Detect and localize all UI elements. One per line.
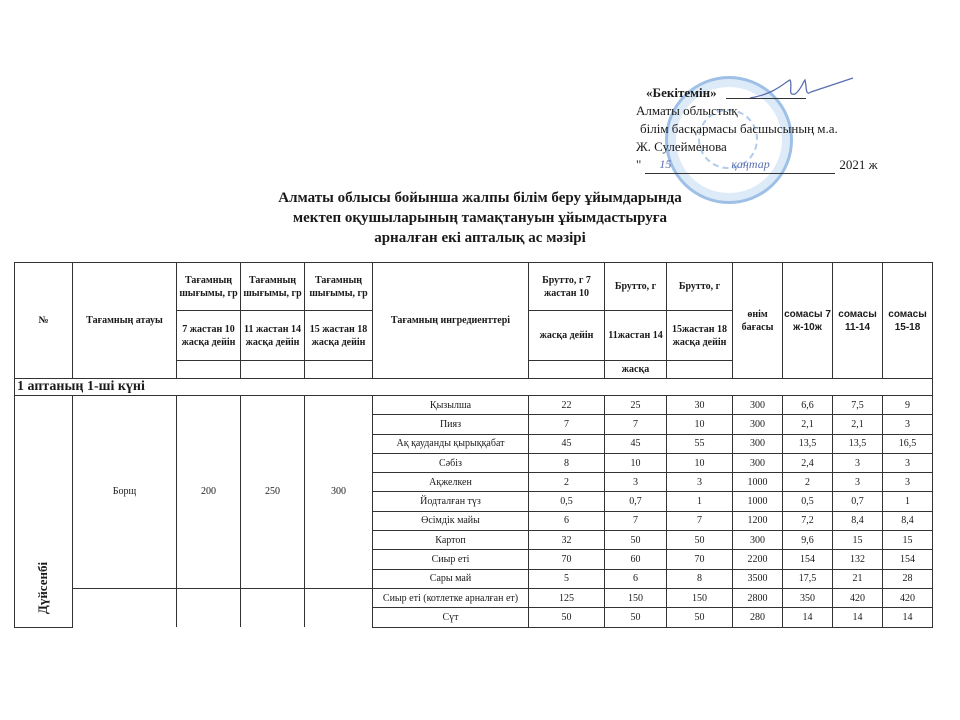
sum-11-14: 14 (833, 608, 883, 627)
header-empty (529, 361, 605, 379)
sum-7-10: 17,5 (783, 569, 833, 588)
gross-11-14: 7 (605, 511, 667, 530)
sum-11-14: 2,1 (833, 415, 883, 434)
sum-15-18: 15 (883, 531, 933, 550)
header-gross-1: Брутто, г 7 жастан 10 (529, 263, 605, 311)
sum-7-10: 154 (783, 550, 833, 569)
header-number: № (15, 263, 73, 379)
header-ingredients: Тағамның ингредиенттері (373, 263, 529, 379)
approval-signatory: Ж. Сулейменова (636, 138, 878, 156)
gross-15-18: 55 (667, 434, 733, 453)
gross-7-10: 7 (529, 415, 605, 434)
sum-15-18: 3 (883, 453, 933, 472)
sum-15-18: 1 (883, 492, 933, 511)
header-yield-2: Тағамның шығымы, гр (241, 263, 305, 311)
gross-11-14: 45 (605, 434, 667, 453)
approval-title: «Бекітемін» (646, 84, 878, 102)
product-price: 1200 (733, 511, 783, 530)
gross-15-18: 150 (667, 588, 733, 607)
sum-11-14: 3 (833, 473, 883, 492)
product-price: 3500 (733, 569, 783, 588)
header-yield-1: Тағамның шығымы, гр (177, 263, 241, 311)
header-gross-3: Брутто, г (667, 263, 733, 311)
product-price: 280 (733, 608, 783, 627)
approval-date: " 15 қаңтар 2021 ж (636, 156, 878, 174)
gross-11-14: 7 (605, 415, 667, 434)
gross-11-14: 6 (605, 569, 667, 588)
sum-15-18: 420 (883, 588, 933, 607)
dish-yield-3-empty (305, 588, 373, 627)
dish-yield-2-empty (241, 588, 305, 627)
sum-7-10: 13,5 (783, 434, 833, 453)
gross-15-18: 8 (667, 569, 733, 588)
approval-line-2: білім басқармасы басшысының м.а. (640, 120, 878, 138)
title-line-2: мектеп оқушыларының тамақтануын ұйымдаст… (230, 208, 730, 228)
header-sum-1: сомасы 7 ж-10ж (783, 263, 833, 379)
sum-7-10: 6,6 (783, 396, 833, 415)
gross-7-10: 70 (529, 550, 605, 569)
product-price: 300 (733, 434, 783, 453)
sum-11-14: 0,7 (833, 492, 883, 511)
gross-11-14: 3 (605, 473, 667, 492)
header-sum-2: сомасы 11-14 (833, 263, 883, 379)
gross-7-10: 50 (529, 608, 605, 627)
product-price: 300 (733, 415, 783, 434)
ingredient-name: Сәбіз (373, 453, 529, 472)
gross-11-14: 50 (605, 608, 667, 627)
gross-11-14: 10 (605, 453, 667, 472)
sum-7-10: 7,2 (783, 511, 833, 530)
header-sum-3: сомасы 15-18 (883, 263, 933, 379)
product-price: 1000 (733, 473, 783, 492)
sum-11-14: 420 (833, 588, 883, 607)
gross-15-18: 50 (667, 608, 733, 627)
sum-11-14: 132 (833, 550, 883, 569)
gross-11-14: 60 (605, 550, 667, 569)
gross-15-18: 30 (667, 396, 733, 415)
header-gross-age-1: жасқа дейін (529, 311, 605, 361)
gross-11-14: 50 (605, 531, 667, 550)
sum-15-18: 14 (883, 608, 933, 627)
header-yield-3: Тағамның шығымы, гр (305, 263, 373, 311)
header-age-2: 11 жастан 14 жасқа дейін (241, 311, 305, 361)
sum-15-18: 154 (883, 550, 933, 569)
header-empty (241, 361, 305, 379)
dish-yield-3: 300 (305, 396, 373, 589)
product-price: 1000 (733, 492, 783, 511)
sum-11-14: 7,5 (833, 396, 883, 415)
ingredient-name: Сүт (373, 608, 529, 627)
ingredient-name: Қызылша (373, 396, 529, 415)
gross-15-18: 70 (667, 550, 733, 569)
header-gross-age-3: 15жастан 18 жасқа дейін (667, 311, 733, 361)
sum-7-10: 9,6 (783, 531, 833, 550)
sum-11-14: 21 (833, 569, 883, 588)
title-line-3: арналған екі апталық ас мәзірі (230, 228, 730, 248)
day-label-text: Дүйсенбі (36, 561, 52, 613)
sum-15-18: 3 (883, 415, 933, 434)
gross-11-14: 150 (605, 588, 667, 607)
gross-15-18: 10 (667, 453, 733, 472)
table-row: Сиыр еті (котлетке арналған ет)125150150… (15, 588, 933, 607)
gross-7-10: 0,5 (529, 492, 605, 511)
ingredient-name: Өсімдік майы (373, 511, 529, 530)
gross-11-14: 0,7 (605, 492, 667, 511)
gross-7-10: 125 (529, 588, 605, 607)
header-age-1: 7 жастан 10 жасқа дейін (177, 311, 241, 361)
dish-yield-2: 250 (241, 396, 305, 589)
dish-name: Борщ (73, 396, 177, 589)
header-dish-name: Тағамның атауы (73, 263, 177, 379)
gross-7-10: 8 (529, 453, 605, 472)
date-blank: 15 қаңтар (645, 159, 835, 174)
ingredient-name: Сиыр еті (котлетке арналған ет) (373, 588, 529, 607)
gross-7-10: 32 (529, 531, 605, 550)
sum-7-10: 350 (783, 588, 833, 607)
sum-11-14: 15 (833, 531, 883, 550)
section-title: 1 аптаның 1-ші күні (15, 379, 933, 396)
gross-15-18: 50 (667, 531, 733, 550)
gross-15-18: 10 (667, 415, 733, 434)
header-empty (667, 361, 733, 379)
product-price: 2800 (733, 588, 783, 607)
header-empty (177, 361, 241, 379)
sum-7-10: 2,4 (783, 453, 833, 472)
gross-15-18: 3 (667, 473, 733, 492)
date-year: 2021 ж (839, 156, 877, 174)
sum-7-10: 2 (783, 473, 833, 492)
sum-11-14: 8,4 (833, 511, 883, 530)
gross-7-10: 5 (529, 569, 605, 588)
header-row-1: № Тағамның атауы Тағамның шығымы, гр Тағ… (15, 263, 933, 311)
table-row: ДүйсенбіБорщ200250300Қызылша2225303006,6… (15, 396, 933, 415)
ingredient-name: Сары май (373, 569, 529, 588)
sum-15-18: 9 (883, 396, 933, 415)
product-price: 2200 (733, 550, 783, 569)
sum-15-18: 3 (883, 473, 933, 492)
ingredient-name: Картоп (373, 531, 529, 550)
day-label: Дүйсенбі (15, 396, 73, 628)
gross-11-14: 25 (605, 396, 667, 415)
header-gross-age-2: 11жастан 14 (605, 311, 667, 361)
dish-yield-1-empty (177, 588, 241, 627)
title-line-1: Алматы облысы бойынша жалпы білім беру ұ… (230, 188, 730, 208)
ingredient-name: Ақжелкен (373, 473, 529, 492)
sum-15-18: 8,4 (883, 511, 933, 530)
product-price: 300 (733, 531, 783, 550)
ingredient-name: Йодталған түз (373, 492, 529, 511)
header-price: өнім бағасы (733, 263, 783, 379)
sum-7-10: 14 (783, 608, 833, 627)
date-quote: " (636, 156, 641, 174)
header-empty (305, 361, 373, 379)
sum-11-14: 13,5 (833, 434, 883, 453)
gross-7-10: 2 (529, 473, 605, 492)
ingredient-name: Пияз (373, 415, 529, 434)
sum-15-18: 28 (883, 569, 933, 588)
approval-block: «Бекітемін» Алматы облыстық білім басқар… (636, 84, 878, 174)
document-title: Алматы облысы бойынша жалпы білім беру ұ… (230, 188, 730, 248)
ingredient-name: Сиыр еті (373, 550, 529, 569)
header-gross-extra: жасқа (605, 361, 667, 379)
gross-7-10: 6 (529, 511, 605, 530)
section-row: 1 аптаның 1-ші күні (15, 379, 933, 396)
sum-11-14: 3 (833, 453, 883, 472)
gross-15-18: 1 (667, 492, 733, 511)
gross-15-18: 7 (667, 511, 733, 530)
sum-15-18: 16,5 (883, 434, 933, 453)
date-day: 15 (659, 155, 671, 173)
product-price: 300 (733, 396, 783, 415)
header-gross-2: Брутто, г (605, 263, 667, 311)
sum-7-10: 2,1 (783, 415, 833, 434)
approval-line-1: Алматы облыстық (636, 102, 878, 120)
product-price: 300 (733, 453, 783, 472)
ingredient-name: Ақ қауданды қырыққабат (373, 434, 529, 453)
header-age-3: 15 жастан 18 жасқа дейін (305, 311, 373, 361)
menu-table: № Тағамның атауы Тағамның шығымы, гр Тағ… (14, 262, 933, 628)
gross-7-10: 45 (529, 434, 605, 453)
date-month: қаңтар (731, 155, 769, 173)
dish-name-empty (73, 588, 177, 627)
gross-7-10: 22 (529, 396, 605, 415)
dish-yield-1: 200 (177, 396, 241, 589)
sum-7-10: 0,5 (783, 492, 833, 511)
